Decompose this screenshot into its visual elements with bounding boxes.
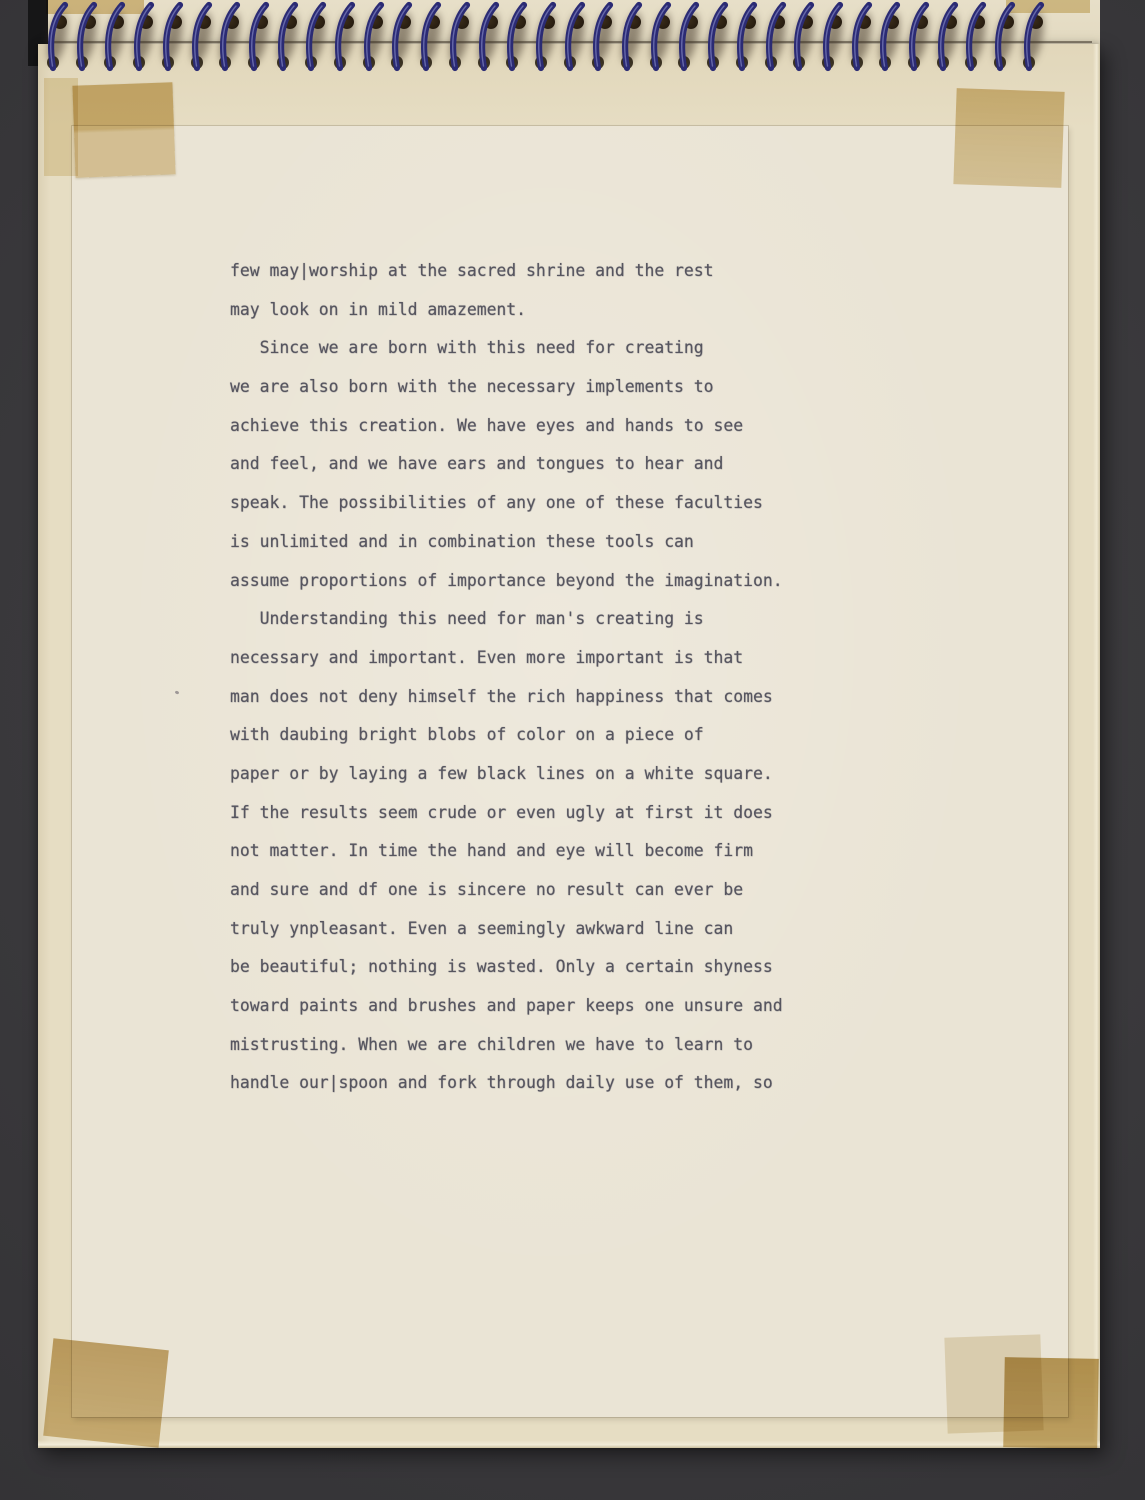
- spiral-coil: [559, 0, 589, 78]
- typed-line: assume proportions of importance beyond …: [230, 562, 1050, 601]
- coil-wire: [501, 0, 531, 78]
- typed-line: few may|worship at the sacred shrine and…: [230, 252, 1050, 291]
- typed-sheet: few may|worship at the sacred shrine and…: [72, 126, 1068, 1417]
- spiral-coil: [673, 0, 703, 78]
- page-right-edge: [1093, 44, 1100, 1448]
- spiral-coil: [702, 0, 732, 78]
- spiral-coil: [731, 0, 761, 78]
- typed-line: If the results seem crude or even ugly a…: [230, 794, 1050, 833]
- spiral-coil: [817, 0, 847, 78]
- coil-wire: [903, 0, 933, 78]
- coil-wire: [702, 0, 732, 78]
- spiral-coil: [645, 0, 675, 78]
- spiral-coil: [530, 0, 560, 78]
- coil-wire: [817, 0, 847, 78]
- coil-wire: [329, 0, 359, 78]
- typed-line: we are also born with the necessary impl…: [230, 368, 1050, 407]
- spiral-coil: [788, 0, 818, 78]
- spiral-coil: [932, 0, 962, 78]
- coil-wire: [932, 0, 962, 78]
- spiral-coil: [157, 0, 187, 78]
- coil-wire: [989, 0, 1019, 78]
- spiral-coil: [587, 0, 617, 78]
- coil-wire: [99, 0, 129, 78]
- coil-wire: [71, 0, 101, 78]
- spiral-coil: [501, 0, 531, 78]
- coil-wire: [731, 0, 761, 78]
- spiral-coil: [128, 0, 158, 78]
- coil-wire: [157, 0, 187, 78]
- typed-line: mistrusting. When we are children we hav…: [230, 1026, 1050, 1065]
- spiral-coil: [300, 0, 330, 78]
- spiral-coil: [99, 0, 129, 78]
- coil-wire: [272, 0, 302, 78]
- spiral-coil: [71, 0, 101, 78]
- photo-backdrop: few may|worship at the sacred shrine and…: [0, 0, 1145, 1500]
- tape-top-left: [72, 82, 175, 177]
- spiral-binding: [0, 0, 1145, 80]
- spiral-coil: [444, 0, 474, 78]
- typed-line: speak. The possibilities of any one of t…: [230, 484, 1050, 523]
- typed-line: handle our|spoon and fork through daily …: [230, 1064, 1050, 1103]
- spiral-coil: [473, 0, 503, 78]
- spiral-coil: [415, 0, 445, 78]
- typed-line: not matter. In time the hand and eye wil…: [230, 832, 1050, 871]
- typed-text-block: few may|worship at the sacred shrine and…: [230, 252, 1050, 1103]
- spiral-coil: [243, 0, 273, 78]
- spiral-coil: [358, 0, 388, 78]
- coil-wire: [760, 0, 790, 78]
- coil-wire: [673, 0, 703, 78]
- spiral-coil: [874, 0, 904, 78]
- typed-line: may look on in mild amazement.: [230, 291, 1050, 330]
- typed-line: be beautiful; nothing is wasted. Only a …: [230, 948, 1050, 987]
- typed-line: with daubing bright blobs of color on a …: [230, 716, 1050, 755]
- ink-speck: [175, 690, 180, 694]
- typed-line: is unlimited and in combination these to…: [230, 523, 1050, 562]
- typed-line: Understanding this need for man's creati…: [230, 600, 1050, 639]
- tape-top-right: [953, 88, 1064, 188]
- spiral-coil: [42, 0, 72, 78]
- coil-wire: [846, 0, 876, 78]
- typed-line: and sure and df one is sincere no result…: [230, 871, 1050, 910]
- spiral-coil: [846, 0, 876, 78]
- coil-wire: [616, 0, 646, 78]
- coil-wire: [300, 0, 330, 78]
- spiral-coil: [989, 0, 1019, 78]
- coil-wire: [645, 0, 675, 78]
- typed-line: necessary and important. Even more impor…: [230, 639, 1050, 678]
- typed-line: and feel, and we have ears and tongues t…: [230, 445, 1050, 484]
- coil-wire: [358, 0, 388, 78]
- coil-wire: [530, 0, 560, 78]
- typed-line: Since we are born with this need for cre…: [230, 329, 1050, 368]
- typed-line: truly ynpleasant. Even a seemingly awkwa…: [230, 910, 1050, 949]
- spiral-coil: [272, 0, 302, 78]
- coil-wire: [559, 0, 589, 78]
- typed-line: toward paints and brushes and paper keep…: [230, 987, 1050, 1026]
- typed-line: paper or by laying a few black lines on …: [230, 755, 1050, 794]
- coil-wire: [186, 0, 216, 78]
- coil-wire: [214, 0, 244, 78]
- coil-wire: [243, 0, 273, 78]
- coil-wire: [1018, 0, 1048, 78]
- spiral-coil: [329, 0, 359, 78]
- spiral-coil: [903, 0, 933, 78]
- typed-line: achieve this creation. We have eyes and …: [230, 407, 1050, 446]
- coil-wire: [128, 0, 158, 78]
- coil-wire: [386, 0, 416, 78]
- coil-wire: [473, 0, 503, 78]
- tape-bottom-right: [1003, 1357, 1099, 1449]
- spiral-coil: [960, 0, 990, 78]
- tape-bottom-left: [43, 1338, 169, 1448]
- page-bottom-edge: [38, 1440, 1100, 1448]
- coil-wire: [960, 0, 990, 78]
- coil-wire: [42, 0, 72, 78]
- coil-wire: [587, 0, 617, 78]
- coil-wire: [874, 0, 904, 78]
- spiral-coil: [386, 0, 416, 78]
- coil-wire: [788, 0, 818, 78]
- coil-wire: [415, 0, 445, 78]
- spiral-coil: [214, 0, 244, 78]
- coil-wire: [444, 0, 474, 78]
- spiral-coil: [186, 0, 216, 78]
- spiral-coil: [1018, 0, 1048, 78]
- spiral-coil: [760, 0, 790, 78]
- typed-line: man does not deny himself the rich happi…: [230, 678, 1050, 717]
- spiral-coil: [616, 0, 646, 78]
